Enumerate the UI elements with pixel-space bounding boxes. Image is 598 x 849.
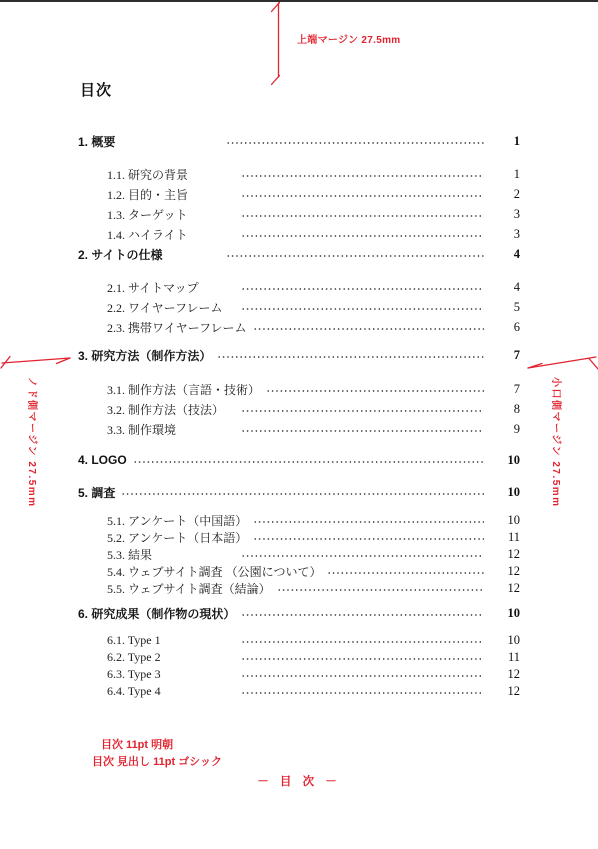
page-top-edge bbox=[0, 0, 598, 2]
toc-section: 6. 研究成果（制作物の現状） 10 6.1. Type 1 10 6.2. T… bbox=[0, 603, 598, 700]
page-number: 11 bbox=[492, 530, 520, 545]
dot-leader bbox=[241, 399, 484, 419]
dot-leader bbox=[241, 184, 484, 204]
heading-font-note: 目次 見出し 11pt ゴシック bbox=[92, 753, 222, 769]
table-of-contents: 目次 1. 概要 1 1.1. 研究の背景 1 1.2. 目的・主旨 2 1.3… bbox=[0, 83, 598, 700]
toc-entry-label: 5.3. 結果 bbox=[107, 546, 235, 563]
toc-row: 5.3. 結果 12 bbox=[107, 546, 520, 563]
body-font-note: 目次 11pt 明朝 bbox=[101, 736, 173, 752]
toc-row: 6.2. Type 2 11 bbox=[107, 649, 520, 666]
dot-leader bbox=[241, 546, 484, 563]
toc-entry-label: 6.1. Type 1 bbox=[107, 633, 235, 648]
page-number: 4 bbox=[492, 247, 520, 262]
toc-row: 5.5. ウェブサイト調査（結論） 12 bbox=[107, 580, 520, 597]
dot-leader bbox=[327, 563, 484, 580]
toc-row: 1. 概要 1 bbox=[78, 131, 520, 151]
page-number: 7 bbox=[492, 348, 520, 363]
dot-leader bbox=[241, 419, 484, 439]
toc-section: 5. 調査 10 5.1. アンケート（中国語） 10 5.2. アンケート（日… bbox=[0, 482, 598, 597]
toc-row: 3.3. 制作環境 9 bbox=[107, 419, 520, 439]
page-number: 3 bbox=[492, 207, 520, 222]
dot-leader bbox=[241, 666, 484, 683]
toc-entry-label: 2.2. ワイヤーフレーム bbox=[107, 299, 235, 316]
toc-subsection-list: 6.1. Type 1 10 6.2. Type 2 11 6.3. Type … bbox=[0, 632, 598, 700]
page-number: 10 bbox=[492, 485, 520, 500]
toc-entry-label: 1. 概要 bbox=[78, 133, 220, 150]
toc-entry-label: 5.4. ウェブサイト調査 （公園について） bbox=[107, 563, 321, 580]
page-number: 12 bbox=[492, 581, 520, 596]
dot-leader bbox=[241, 603, 484, 623]
toc-entry-label: 3.2. 制作方法（技法） bbox=[107, 401, 235, 418]
toc-row: 2.2. ワイヤーフレーム 5 bbox=[107, 297, 520, 317]
page-number: 12 bbox=[492, 667, 520, 682]
page-number: 9 bbox=[492, 422, 520, 437]
toc-entry-label: 1.3. ターゲット bbox=[107, 206, 235, 223]
toc-section: 2. サイトの仕様 4 2.1. サイトマップ 4 2.2. ワイヤーフレーム … bbox=[0, 244, 598, 337]
toc-entry-label: 1.2. 目的・主旨 bbox=[107, 186, 235, 203]
top-margin-annotation: 上端マージン 27.5mm bbox=[297, 31, 400, 46]
dot-leader bbox=[241, 683, 484, 700]
toc-entry-label: 1.1. 研究の背景 bbox=[107, 166, 235, 183]
dot-leader bbox=[241, 164, 484, 184]
dot-leader bbox=[241, 204, 484, 224]
page-number: 12 bbox=[492, 547, 520, 562]
toc-row: 1.2. 目的・主旨 2 bbox=[107, 184, 520, 204]
toc-section: 3. 研究方法（制作方法） 7 3.1. 制作方法（言語・技術） 7 3.2. … bbox=[0, 345, 598, 439]
dot-leader bbox=[241, 277, 484, 297]
toc-entry-label: 1.4. ハイライト bbox=[107, 226, 235, 243]
toc-section: 1. 概要 1 1.1. 研究の背景 1 1.2. 目的・主旨 2 1.3. タ… bbox=[0, 131, 598, 244]
toc-entry-label: 5.1. アンケート（中国語） bbox=[107, 512, 247, 529]
toc-subsection-list: 5.1. アンケート（中国語） 10 5.2. アンケート（日本語） 11 5.… bbox=[0, 512, 598, 597]
dot-leader bbox=[226, 244, 484, 264]
page-number: 4 bbox=[492, 280, 520, 295]
toc-row: 6.4. Type 4 12 bbox=[107, 683, 520, 700]
toc-row: 2.1. サイトマップ 4 bbox=[107, 277, 520, 297]
dot-leader bbox=[121, 482, 484, 502]
page-number: 6 bbox=[492, 320, 520, 335]
dot-leader bbox=[217, 345, 484, 365]
toc-entry-label: 5.5. ウェブサイト調査（結論） bbox=[107, 580, 271, 597]
toc-entry-label: 2. サイトの仕様 bbox=[78, 246, 220, 263]
page-number: 3 bbox=[492, 227, 520, 242]
toc-entry-label: 5.2. アンケート（日本語） bbox=[107, 529, 247, 546]
top-margin-arrow bbox=[272, 3, 280, 85]
toc-entry-label: 6. 研究成果（制作物の現状） bbox=[78, 605, 235, 622]
dot-leader bbox=[253, 529, 484, 546]
toc-row: 4. LOGO 10 bbox=[78, 450, 520, 470]
page-number: 12 bbox=[492, 564, 520, 579]
dot-leader bbox=[241, 224, 484, 244]
dot-leader bbox=[241, 649, 484, 666]
dot-leader bbox=[241, 297, 484, 317]
toc-row: 1.3. ターゲット 3 bbox=[107, 204, 520, 224]
toc-entry-label: 2.3. 携帯ワイヤーフレーム bbox=[107, 319, 247, 336]
toc-entry-label: 4. LOGO bbox=[78, 453, 127, 467]
page-number: 8 bbox=[492, 402, 520, 417]
dot-leader bbox=[241, 632, 484, 649]
toc-entry-label: 3.3. 制作環境 bbox=[107, 421, 235, 438]
page-number: 10 bbox=[492, 633, 520, 648]
page-number: 5 bbox=[492, 300, 520, 315]
toc-row: 6.3. Type 3 12 bbox=[107, 666, 520, 683]
toc-subsection-list: 2.1. サイトマップ 4 2.2. ワイヤーフレーム 5 2.3. 携帯ワイヤ… bbox=[0, 277, 598, 337]
toc-entry-label: 5. 調査 bbox=[78, 484, 115, 501]
toc-section: 4. LOGO 10 bbox=[0, 450, 598, 470]
toc-row: 5.1. アンケート（中国語） 10 bbox=[107, 512, 520, 529]
toc-entry-label: 3.1. 制作方法（言語・技術） bbox=[107, 381, 260, 398]
dot-leader bbox=[226, 131, 484, 151]
page-number: 11 bbox=[492, 650, 520, 665]
toc-row: 2.3. 携帯ワイヤーフレーム 6 bbox=[107, 317, 520, 337]
page-number: 10 bbox=[492, 513, 520, 528]
dot-leader bbox=[277, 580, 484, 597]
dot-leader bbox=[253, 512, 484, 529]
toc-entry-label: 6.4. Type 4 bbox=[107, 684, 235, 699]
toc-row: 5.4. ウェブサイト調査 （公園について） 12 bbox=[107, 563, 520, 580]
toc-row: 3.1. 制作方法（言語・技術） 7 bbox=[107, 379, 520, 399]
page-number: 10 bbox=[492, 606, 520, 621]
dot-leader bbox=[266, 379, 484, 399]
toc-entry-label: 6.3. Type 3 bbox=[107, 667, 235, 682]
page-number: 1 bbox=[492, 134, 520, 149]
toc-row: 6. 研究成果（制作物の現状） 10 bbox=[78, 603, 520, 623]
footer-annotation: － 目 次 － bbox=[0, 773, 598, 789]
toc-row: 1.4. ハイライト 3 bbox=[107, 224, 520, 244]
toc-row: 5. 調査 10 bbox=[78, 482, 520, 502]
toc-row: 3.2. 制作方法（技法） 8 bbox=[107, 399, 520, 419]
page-title: 目次 bbox=[80, 83, 598, 99]
toc-sections: 1. 概要 1 1.1. 研究の背景 1 1.2. 目的・主旨 2 1.3. タ… bbox=[0, 131, 598, 700]
toc-row: 1.1. 研究の背景 1 bbox=[107, 164, 520, 184]
toc-subsection-list: 1.1. 研究の背景 1 1.2. 目的・主旨 2 1.3. ターゲット 3 1… bbox=[0, 164, 598, 244]
toc-entry-label: 3. 研究方法（制作方法） bbox=[78, 347, 211, 364]
page-number: 7 bbox=[492, 382, 520, 397]
toc-row: 5.2. アンケート（日本語） 11 bbox=[107, 529, 520, 546]
dot-leader bbox=[133, 450, 484, 470]
toc-row: 6.1. Type 1 10 bbox=[107, 632, 520, 649]
toc-entry-label: 2.1. サイトマップ bbox=[107, 279, 235, 296]
page-number: 2 bbox=[492, 187, 520, 202]
dot-leader bbox=[253, 317, 484, 337]
toc-row: 3. 研究方法（制作方法） 7 bbox=[78, 345, 520, 365]
toc-subsection-list: 3.1. 制作方法（言語・技術） 7 3.2. 制作方法（技法） 8 3.3. … bbox=[0, 379, 598, 439]
page-number: 12 bbox=[492, 684, 520, 699]
document-page: 上端マージン 27.5mm ノド側マージン 27.5mm 小口側マージン 27.… bbox=[0, 0, 598, 849]
page-number: 1 bbox=[492, 167, 520, 182]
toc-entry-label: 6.2. Type 2 bbox=[107, 650, 235, 665]
page-number: 10 bbox=[492, 453, 520, 468]
toc-row: 2. サイトの仕様 4 bbox=[78, 244, 520, 264]
